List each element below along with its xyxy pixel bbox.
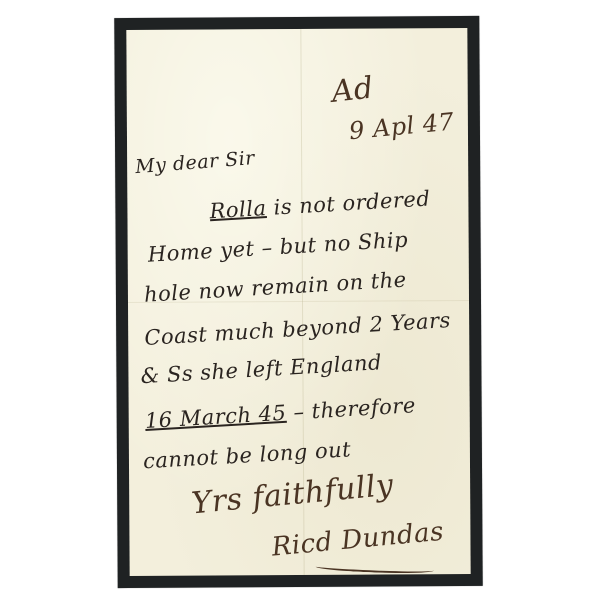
signature-flourish <box>316 562 434 575</box>
body-line-4: Coast much beyond 2 Years <box>144 308 452 350</box>
letter-signature: Ricd Dundas <box>270 517 445 563</box>
letter-salutation: My dear Sir <box>134 147 255 178</box>
body-line-1: Rolla is not ordered <box>209 186 431 223</box>
ship-name-underlined: Rolla <box>209 196 267 223</box>
letter-date: 9 Apl 47 <box>348 108 456 146</box>
body-line-5: & Ss she left England <box>140 350 383 388</box>
letter-paper: Ad 9 Apl 47 My dear Sir Rolla is not ord… <box>126 28 470 576</box>
photo-stage: Ad 9 Apl 47 My dear Sir Rolla is not ord… <box>0 0 600 600</box>
mourning-border-card: Ad 9 Apl 47 My dear Sir Rolla is not ord… <box>114 16 482 588</box>
body-line-7: cannot be long out <box>142 437 351 473</box>
letter-place: Ad <box>330 70 375 109</box>
body-line-6: 16 March 45 – therefore <box>144 393 416 433</box>
body-line-1-text: is not ordered <box>266 186 431 220</box>
body-line-6-text: – therefore <box>286 393 417 425</box>
body-line-2: Home yet – but no Ship <box>147 228 409 267</box>
date-underlined: 16 March 45 <box>144 401 287 433</box>
letter-closing: Yrs faithfully <box>190 468 395 522</box>
